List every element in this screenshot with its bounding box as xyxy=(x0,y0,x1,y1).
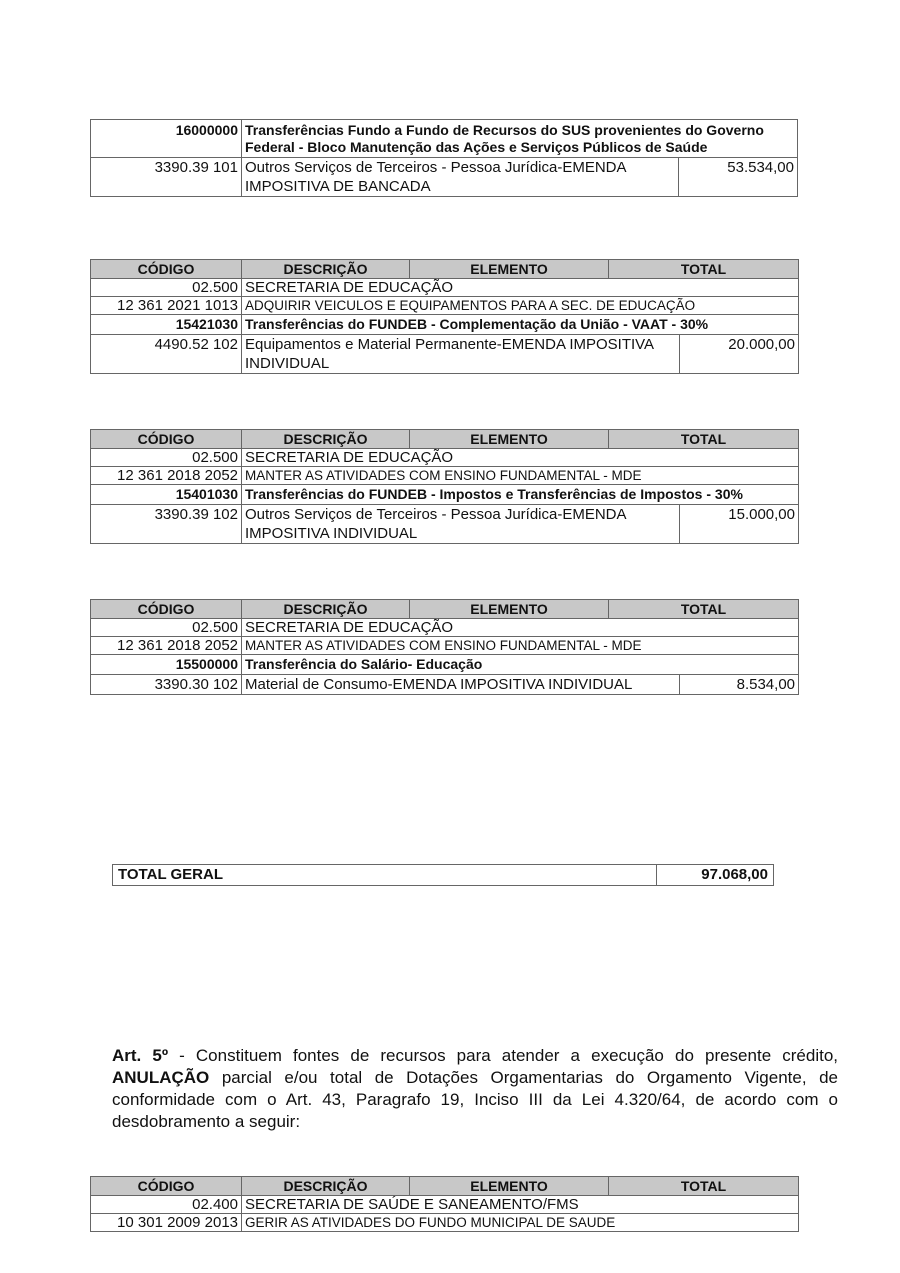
source-row: 15401030 Transferências do FUNDEB - Impo… xyxy=(91,485,799,505)
article-text-1: - Constituem fontes de recursos para ate… xyxy=(168,1046,838,1065)
action-name: MANTER AS ATIVIDADES COM ENSINO FUNDAMEN… xyxy=(242,637,799,655)
header-description: DESCRIÇÃO xyxy=(242,260,410,279)
org-name: SECRETARIA DE EDUCAÇÃO xyxy=(242,279,799,297)
action-name: ADQUIRIR VEICULOS E EQUIPAMENTOS PARA A … xyxy=(242,297,799,315)
item-code: 3390.39 101 xyxy=(91,158,242,197)
action-code: 10 301 2009 2013 xyxy=(91,1214,242,1232)
header-total: TOTAL xyxy=(609,430,799,449)
header-total: TOTAL xyxy=(609,1177,799,1196)
total-geral-label: TOTAL GERAL xyxy=(113,865,657,886)
action-code: 12 361 2021 1013 xyxy=(91,297,242,315)
source-code: 16000000 xyxy=(91,120,242,158)
source-description: Transferências do FUNDEB - Complementaçã… xyxy=(242,315,799,335)
org-row: 02.500 SECRETARIA DE EDUCAÇÃO xyxy=(91,279,799,297)
item-row: 3390.39 101 Outros Serviços de Terceiros… xyxy=(91,158,798,197)
budget-table-annulment: CÓDIGO DESCRIÇÃO ELEMENTO TOTAL 02.400 S… xyxy=(90,1176,799,1232)
budget-table-2: CÓDIGO DESCRIÇÃO ELEMENTO TOTAL 02.500 S… xyxy=(90,429,799,544)
item-row: 3390.30 102 Material de Consumo-EMENDA I… xyxy=(91,675,799,695)
source-code: 15421030 xyxy=(91,315,242,335)
org-row: 02.400 SECRETARIA DE SAÚDE E SANEAMENTO/… xyxy=(91,1196,799,1214)
item-row: 4490.52 102 Equipamentos e Material Perm… xyxy=(91,335,799,374)
org-name: SECRETARIA DE EDUCAÇÃO xyxy=(242,449,799,467)
header-element: ELEMENTO xyxy=(410,1177,609,1196)
item-value: 15.000,00 xyxy=(680,505,799,544)
org-code: 02.500 xyxy=(91,279,242,297)
article-5-paragraph: Art. 5º - Constituem fontes de recursos … xyxy=(112,1045,838,1133)
anulacao-label: ANULAÇÃO xyxy=(112,1068,209,1087)
action-row: 12 361 2021 1013 ADQUIRIR VEICULOS E EQU… xyxy=(91,297,799,315)
action-code: 12 361 2018 2052 xyxy=(91,467,242,485)
article-label: Art. 5º xyxy=(112,1046,168,1065)
org-row: 02.500 SECRETARIA DE EDUCAÇÃO xyxy=(91,449,799,467)
item-value: 8.534,00 xyxy=(680,675,799,695)
source-row: 16000000 Transferências Fundo a Fundo de… xyxy=(91,120,798,158)
header-description: DESCRIÇÃO xyxy=(242,600,410,619)
table-header: CÓDIGO DESCRIÇÃO ELEMENTO TOTAL xyxy=(91,430,799,449)
item-description: Equipamentos e Material Permanente-EMEND… xyxy=(242,335,680,374)
org-name: SECRETARIA DE SAÚDE E SANEAMENTO/FMS xyxy=(242,1196,799,1214)
header-element: ELEMENTO xyxy=(410,600,609,619)
item-description: Outros Serviços de Terceiros - Pessoa Ju… xyxy=(242,505,680,544)
org-code: 02.400 xyxy=(91,1196,242,1214)
org-name: SECRETARIA DE EDUCAÇÃO xyxy=(242,619,799,637)
total-geral-row: TOTAL GERAL 97.068,00 xyxy=(113,865,774,886)
budget-table-3: CÓDIGO DESCRIÇÃO ELEMENTO TOTAL 02.500 S… xyxy=(90,599,799,695)
item-value: 53.534,00 xyxy=(678,158,797,197)
org-code: 02.500 xyxy=(91,619,242,637)
org-code: 02.500 xyxy=(91,449,242,467)
header-description: DESCRIÇÃO xyxy=(242,430,410,449)
header-code: CÓDIGO xyxy=(91,600,242,619)
item-value: 20.000,00 xyxy=(680,335,799,374)
action-row: 10 301 2009 2013 GERIR AS ATIVIDADES DO … xyxy=(91,1214,799,1232)
header-total: TOTAL xyxy=(609,600,799,619)
source-row: 15421030 Transferências do FUNDEB - Comp… xyxy=(91,315,799,335)
source-code: 15500000 xyxy=(91,655,242,675)
item-description: Material de Consumo-EMENDA IMPOSITIVA IN… xyxy=(242,675,680,695)
source-description: Transferência do Salário- Educação xyxy=(242,655,799,675)
table-header: CÓDIGO DESCRIÇÃO ELEMENTO TOTAL xyxy=(91,260,799,279)
total-geral-value: 97.068,00 xyxy=(657,865,774,886)
article-text-2: parcial e/ou total de Dotações Orgamenta… xyxy=(112,1068,838,1131)
budget-table-1: CÓDIGO DESCRIÇÃO ELEMENTO TOTAL 02.500 S… xyxy=(90,259,799,374)
org-row: 02.500 SECRETARIA DE EDUCAÇÃO xyxy=(91,619,799,637)
action-row: 12 361 2018 2052 MANTER AS ATIVIDADES CO… xyxy=(91,637,799,655)
action-name: MANTER AS ATIVIDADES COM ENSINO FUNDAMEN… xyxy=(242,467,799,485)
header-description: DESCRIÇÃO xyxy=(242,1177,410,1196)
table-header: CÓDIGO DESCRIÇÃO ELEMENTO TOTAL xyxy=(91,1177,799,1196)
header-element: ELEMENTO xyxy=(410,430,609,449)
source-description: Transferências do FUNDEB - Impostos e Tr… xyxy=(242,485,799,505)
header-code: CÓDIGO xyxy=(91,260,242,279)
action-name: GERIR AS ATIVIDADES DO FUNDO MUNICIPAL D… xyxy=(242,1214,799,1232)
header-element: ELEMENTO xyxy=(410,260,609,279)
source-description: Transferências Fundo a Fundo de Recursos… xyxy=(242,120,798,158)
action-row: 12 361 2018 2052 MANTER AS ATIVIDADES CO… xyxy=(91,467,799,485)
table-header: CÓDIGO DESCRIÇÃO ELEMENTO TOTAL xyxy=(91,600,799,619)
source-code: 15401030 xyxy=(91,485,242,505)
budget-table-sus: 16000000 Transferências Fundo a Fundo de… xyxy=(90,119,798,197)
item-code: 3390.30 102 xyxy=(91,675,242,695)
item-code: 3390.39 102 xyxy=(91,505,242,544)
header-code: CÓDIGO xyxy=(91,430,242,449)
total-geral-table: TOTAL GERAL 97.068,00 xyxy=(112,864,774,886)
item-row: 3390.39 102 Outros Serviços de Terceiros… xyxy=(91,505,799,544)
source-row: 15500000 Transferência do Salário- Educa… xyxy=(91,655,799,675)
header-total: TOTAL xyxy=(609,260,799,279)
action-code: 12 361 2018 2052 xyxy=(91,637,242,655)
item-description: Outros Serviços de Terceiros - Pessoa Ju… xyxy=(242,158,679,197)
item-code: 4490.52 102 xyxy=(91,335,242,374)
header-code: CÓDIGO xyxy=(91,1177,242,1196)
